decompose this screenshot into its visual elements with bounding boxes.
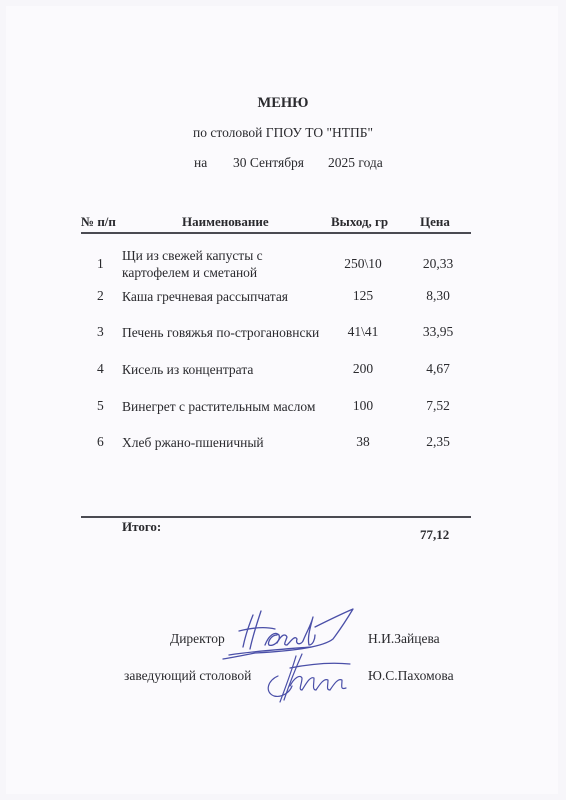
total-divider [81, 516, 471, 518]
total-label: Итого: [122, 519, 161, 535]
dish-price: 7,52 [412, 398, 464, 414]
dish-price: 20,33 [412, 256, 464, 272]
dish-price: 2,35 [412, 434, 464, 450]
canteen-head-role: заведующий столовой [124, 668, 251, 684]
dish-yield: 41\41 [330, 324, 396, 340]
row-number: 2 [97, 288, 104, 304]
row-number: 1 [97, 256, 104, 272]
dish-yield: 250\10 [330, 256, 396, 272]
dish-name: Щи из свежей капусты скартофелем и смета… [122, 247, 263, 281]
document-subtitle: по столовой ГПОУ ТО "НТПБ" [0, 125, 566, 141]
document-title: МЕНЮ [0, 95, 566, 112]
row-number: 4 [97, 361, 104, 377]
dish-price: 33,95 [412, 324, 464, 340]
dish-price: 8,30 [412, 288, 464, 304]
row-number: 5 [97, 398, 104, 414]
dish-yield: 125 [330, 288, 396, 304]
column-header-number: № п/п [81, 214, 116, 230]
canteen-head-name: Ю.С.Пахомова [368, 668, 454, 684]
dish-price: 4,67 [412, 361, 464, 377]
column-header-name: Наименование [182, 214, 269, 230]
column-header-yield: Выход, гр [331, 214, 388, 230]
dish-yield: 200 [330, 361, 396, 377]
row-number: 3 [97, 324, 104, 340]
dish-name: Печень говяжья по-строгановнски [122, 324, 319, 341]
canteen-head-signature [260, 650, 370, 710]
dish-name: Хлеб ржано-пшеничный [122, 434, 264, 451]
dish-yield: 38 [330, 434, 396, 450]
dish-name: Кисель из концентрата [122, 361, 253, 378]
column-header-price: Цена [420, 214, 450, 230]
header-divider [81, 232, 471, 234]
director-name: Н.И.Зайцева [368, 631, 440, 647]
dish-yield: 100 [330, 398, 396, 414]
row-number: 6 [97, 434, 104, 450]
date-prefix: на [194, 155, 207, 171]
total-value: 77,12 [420, 527, 449, 543]
dish-name: Каша гречневая рассыпчатая [122, 288, 288, 305]
dish-name: Винегрет с растительным маслом [122, 398, 315, 415]
date-day-month: 30 Сентября [233, 155, 304, 171]
date-year: 2025 года [328, 155, 383, 171]
